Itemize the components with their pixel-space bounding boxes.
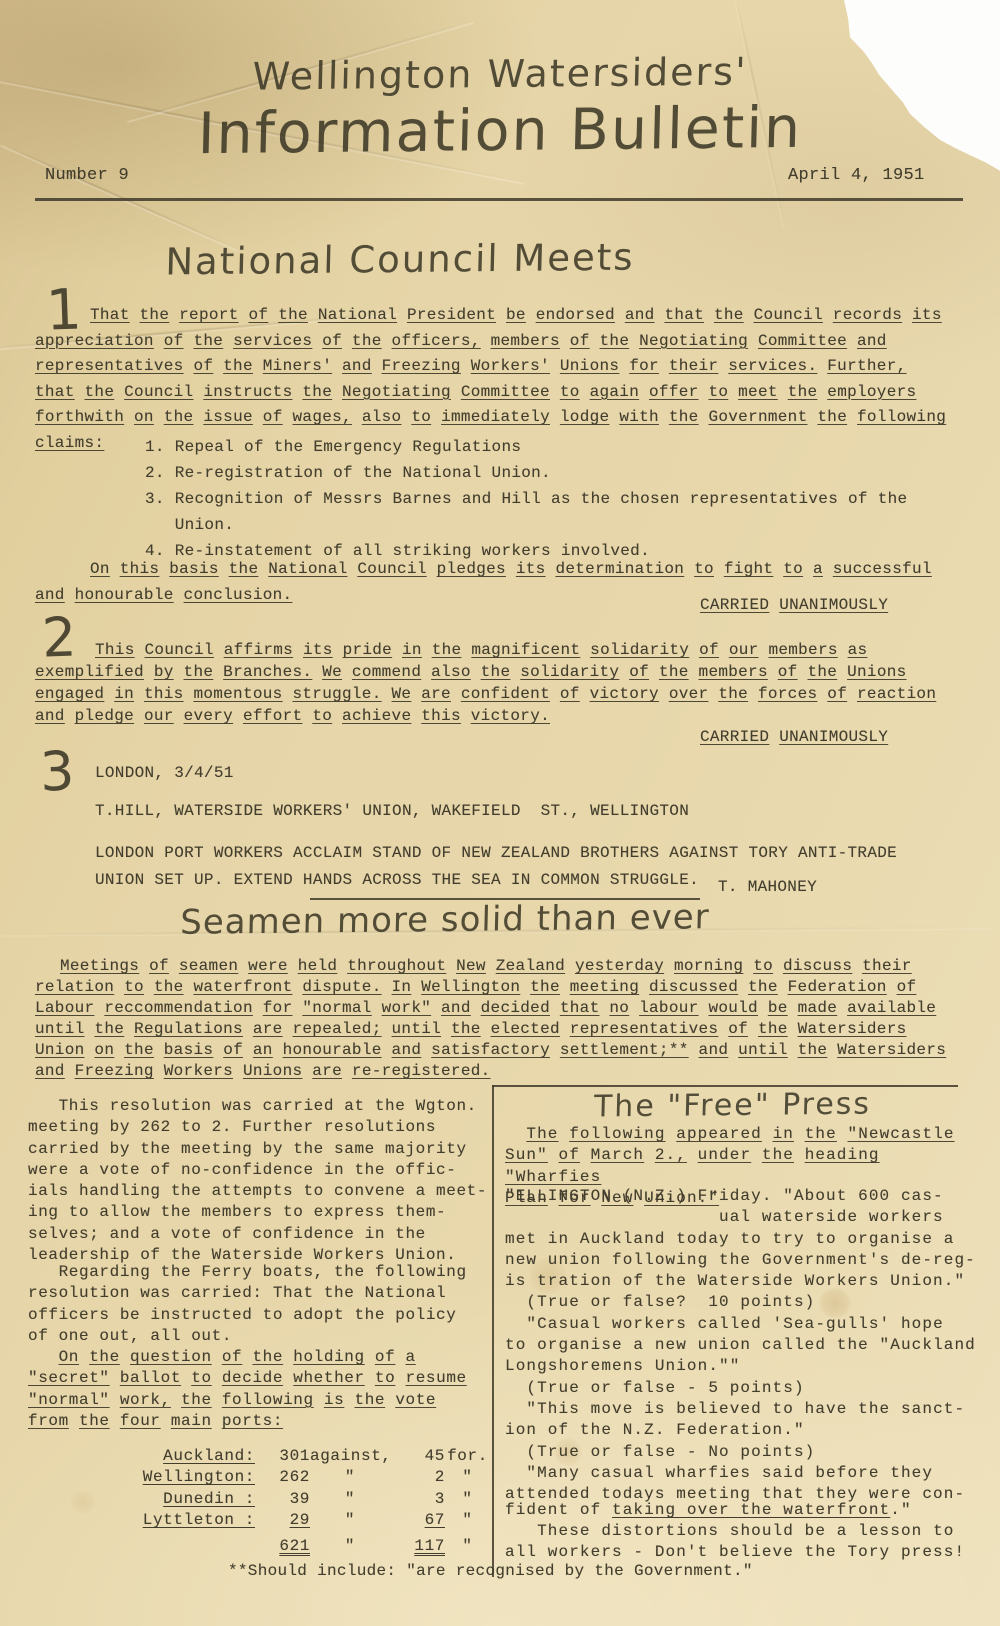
- port-name: Lyttleton :: [20, 1510, 255, 1531]
- votes-against: 301: [255, 1446, 310, 1467]
- underlined-phrase: taking over the waterfront: [612, 1501, 890, 1519]
- table-row: Auckland: 301 against, 45 for.: [20, 1446, 490, 1467]
- ditto-mark: ": [445, 1467, 490, 1488]
- free-press-body-2: These distortions should be a lesson to …: [505, 1521, 985, 1564]
- line-suffix: .": [890, 1501, 911, 1519]
- footnote: **Should include: "are recognised by the…: [228, 1562, 753, 1580]
- ditto-mark: ": [310, 1467, 390, 1488]
- section2-body: This Council affirms its pride in the ma…: [35, 639, 951, 727]
- ditto-mark: ": [310, 1510, 390, 1531]
- votes-against: 29: [255, 1510, 310, 1531]
- header-rule: [35, 198, 963, 201]
- port-name: Auckland:: [20, 1446, 255, 1467]
- votes-against: 39: [255, 1489, 310, 1510]
- empty-cell: [20, 1536, 255, 1557]
- section3-cable-text: LONDON PORT WORKERS ACCLAIM STAND OF NEW…: [95, 840, 975, 894]
- total-for: 117: [390, 1536, 445, 1557]
- section3-address: T.HILL, WATERSIDE WORKERS' UNION, WAKEFI…: [95, 802, 689, 820]
- port-name: Wellington:: [20, 1467, 255, 1488]
- section1-heading: National Council Meets: [99, 235, 700, 284]
- for-label: for.: [445, 1446, 490, 1467]
- port-vote-table: Auckland: 301 against, 45 for. Wellingto…: [20, 1446, 490, 1557]
- votes-for: 67: [390, 1510, 445, 1531]
- ditto-mark: ": [445, 1489, 490, 1510]
- votes-for: 3: [390, 1489, 445, 1510]
- section2-carried: CARRIED UNANIMOUSLY: [700, 728, 888, 746]
- line-prefix: fident of: [505, 1501, 612, 1519]
- table-row: Wellington: 262 " 2 ": [20, 1467, 490, 1488]
- against-label: against,: [310, 1446, 390, 1467]
- seamen-body: Meetings of seamen were held throughout …: [35, 956, 951, 1082]
- bulletin-title-line1: Wellington Watersiders': [0, 47, 1000, 101]
- left-col-para3: On the question of the holding of a "sec…: [28, 1347, 490, 1432]
- votes-for: 2: [390, 1467, 445, 1488]
- ditto-mark: ": [310, 1489, 390, 1510]
- table-row: Lyttleton : 29 " 67 ": [20, 1510, 490, 1531]
- paper-sheet: Wellington Watersiders' Information Bull…: [0, 0, 1000, 1626]
- votes-against: 262: [255, 1467, 310, 1488]
- free-press-heading: The "Free" Press: [505, 1086, 961, 1126]
- free-press-body-1: "ELLINGTON (N.Z.) Friday. "About 600 cas…: [505, 1186, 985, 1505]
- seamen-heading: Seamen more solid than ever: [120, 897, 771, 944]
- section3-dateline: LONDON, 3/4/51: [95, 764, 234, 782]
- scanned-bulletin-page: Wellington Watersiders' Information Bull…: [0, 0, 1000, 1626]
- left-col-para1: This resolution was carried at the Wgton…: [28, 1096, 490, 1266]
- left-col-para2: Regarding the Ferry boats, the following…: [28, 1262, 490, 1347]
- column-divider-vertical: [492, 1085, 494, 1577]
- issue-date: April 4, 1951: [788, 166, 925, 185]
- total-against: 621: [255, 1536, 310, 1557]
- ditto-mark: ": [445, 1510, 490, 1531]
- bulletin-title-line2: Information Bulletin: [0, 93, 1000, 169]
- section1-claims: 1. Repeal of the Emergency Regulations 2…: [145, 434, 907, 564]
- free-press-confident-line: fident of taking over the waterfront.": [505, 1500, 985, 1521]
- port-name: Dunedin :: [20, 1489, 255, 1510]
- table-totals-row: 621 " 117 ": [20, 1536, 490, 1557]
- ditto-mark: ": [310, 1536, 390, 1557]
- ditto-mark: ": [445, 1536, 490, 1557]
- issue-number: Number 9: [45, 166, 129, 185]
- section3-signature: T. MAHONEY: [718, 878, 817, 896]
- section3-numeral: 3: [39, 739, 76, 803]
- votes-for: 45: [390, 1446, 445, 1467]
- section1-carried: CARRIED UNANIMOUSLY: [700, 596, 888, 614]
- table-row: Dunedin : 39 " 3 ": [20, 1489, 490, 1510]
